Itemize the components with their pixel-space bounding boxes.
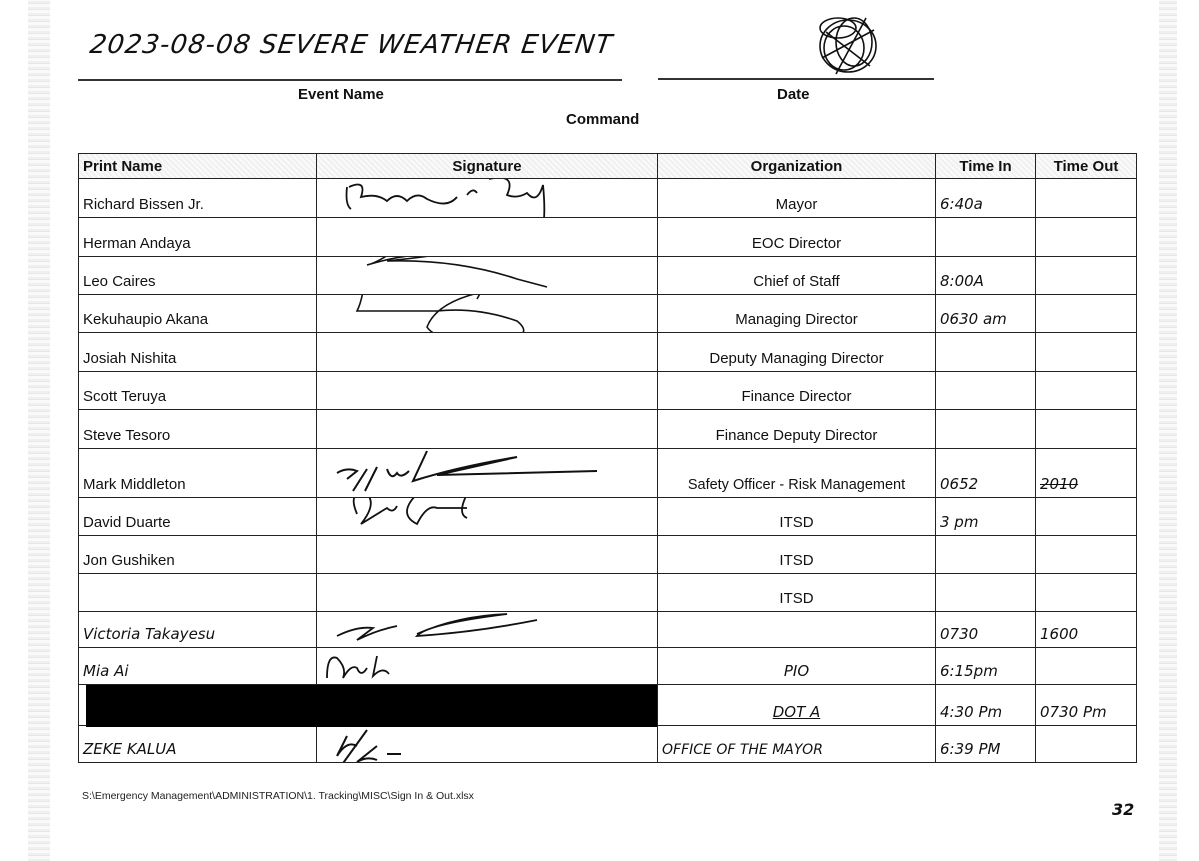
print-name-cell: ZEKE KALUA <box>79 726 317 763</box>
table-row: ITSD <box>79 574 1137 612</box>
signature-cell <box>317 295 658 333</box>
print-name-cell: Jon Gushiken <box>79 536 317 574</box>
organization-cell: Mayor <box>658 179 936 218</box>
scan-edge-right <box>1159 0 1177 861</box>
signature-cell <box>317 333 658 372</box>
time-out-cell <box>1036 410 1137 449</box>
signature-cell <box>317 179 658 218</box>
print-name-cell: Richard Bissen Jr. <box>79 179 317 218</box>
time-out-cell <box>1036 536 1137 574</box>
table-row: Scott Teruya Finance Director <box>79 372 1137 410</box>
time-out-cell <box>1036 218 1137 257</box>
column-header-print-name: Print Name <box>79 154 317 179</box>
time-in-cell: 0730 <box>936 612 1036 648</box>
time-in-cell: 4:30 Pm <box>936 685 1036 726</box>
print-name-cell: Scott Teruya <box>79 372 317 410</box>
signature-cell <box>317 218 658 257</box>
event-name-label: Event Name <box>298 86 384 103</box>
time-in-cell: 8:00A <box>936 257 1036 295</box>
column-header-time-out: Time Out <box>1036 154 1137 179</box>
signature-cell <box>317 648 658 685</box>
signature-mark <box>317 449 657 498</box>
scan-edge-left <box>28 0 50 861</box>
time-in-cell: 6:39 PM <box>936 726 1036 763</box>
signature-cell <box>317 257 658 295</box>
organization-cell: OFFICE OF THE MAYOR <box>658 726 936 763</box>
signature-cell <box>317 612 658 648</box>
time-in-cell <box>936 218 1036 257</box>
signature-mark <box>317 648 657 685</box>
time-in-cell <box>936 372 1036 410</box>
time-out-cell <box>1036 295 1137 333</box>
signature-mark <box>317 179 657 218</box>
time-in-cell <box>936 536 1036 574</box>
time-out-cell: 0730 Pm <box>1036 685 1137 726</box>
time-out-cell <box>1036 498 1137 536</box>
column-header-time-in: Time In <box>936 154 1036 179</box>
signature-mark <box>317 612 657 648</box>
column-header-signature: Signature <box>317 154 658 179</box>
time-in-cell <box>936 410 1036 449</box>
command-label: Command <box>566 111 639 128</box>
date-line <box>658 78 934 80</box>
time-out-cell <box>1036 333 1137 372</box>
organization-cell: Chief of Staff <box>658 257 936 295</box>
print-name-cell: Herman Andaya <box>79 218 317 257</box>
table-row: Victoria Takayesu 0730 1600 <box>79 612 1137 648</box>
organization-cell: PIO <box>658 648 936 685</box>
signature-cell <box>317 726 658 763</box>
signature-cell <box>317 449 658 498</box>
signature-cell <box>317 410 658 449</box>
event-name-line <box>78 79 622 81</box>
table-row: Jon Gushiken ITSD <box>79 536 1137 574</box>
table-row: Mark Middleton Safety Officer - Risk Man… <box>79 449 1137 498</box>
file-path-footer: S:\Emergency Management\ADMINISTRATION\1… <box>82 790 474 802</box>
organization-cell <box>658 612 936 648</box>
signature-cell <box>317 536 658 574</box>
organization-cell: Managing Director <box>658 295 936 333</box>
signature-mark <box>317 498 657 536</box>
signature-mark <box>317 295 657 333</box>
table-row: David Duarte ITSD 3 pm <box>79 498 1137 536</box>
time-in-cell: 6:15pm <box>936 648 1036 685</box>
organization-cell: Finance Deputy Director <box>658 410 936 449</box>
time-in-cell <box>936 333 1036 372</box>
print-name-cell: Leo Caires <box>79 257 317 295</box>
table-row: Leo Caires Chief of Staff 8:00A <box>79 257 1137 295</box>
table-row: Mia Ai PIO 6:15pm <box>79 648 1137 685</box>
table-row: Herman Andaya EOC Director <box>79 218 1137 257</box>
print-name-cell <box>79 574 317 612</box>
organization-cell: Safety Officer - Risk Management <box>658 449 936 498</box>
table-row: Josiah Nishita Deputy Managing Director <box>79 333 1137 372</box>
time-out-cell <box>1036 574 1137 612</box>
time-in-cell <box>936 574 1036 612</box>
time-out-cell <box>1036 726 1137 763</box>
print-name-cell: David Duarte <box>79 498 317 536</box>
page-number: 32 <box>1112 800 1134 819</box>
signature-cell <box>317 574 658 612</box>
signature-cell <box>317 372 658 410</box>
organization-cell: ITSD <box>658 574 936 612</box>
table-row: Kekuhaupio Akana Managing Director 0630 … <box>79 295 1137 333</box>
date-scribble-mark <box>808 8 888 78</box>
print-name-cell: Steve Tesoro <box>79 410 317 449</box>
organization-cell: Deputy Managing Director <box>658 333 936 372</box>
organization-cell: ITSD <box>658 536 936 574</box>
time-out-cell <box>1036 648 1137 685</box>
redaction-block <box>86 685 657 727</box>
signature-cell <box>317 498 658 536</box>
signature-mark <box>317 257 657 295</box>
time-out-cell <box>1036 179 1137 218</box>
time-out-cell <box>1036 257 1137 295</box>
organization-cell: EOC Director <box>658 218 936 257</box>
date-label: Date <box>777 86 810 103</box>
print-name-cell: Kekuhaupio Akana <box>79 295 317 333</box>
time-in-cell: 3 pm <box>936 498 1036 536</box>
organization-cell: ITSD <box>658 498 936 536</box>
time-out-cell: 2010 <box>1036 449 1137 498</box>
table-row: ZEKE KALUA OFFICE OF THE MAYOR 6:39 PM <box>79 726 1137 763</box>
table-row: Steve Tesoro Finance Deputy Director <box>79 410 1137 449</box>
organization-cell: Finance Director <box>658 372 936 410</box>
time-in-cell: 0652 <box>936 449 1036 498</box>
event-name-value: 2023-08-08 SEVERE WEATHER EVENT <box>88 30 615 60</box>
organization-cell: DOT A <box>658 685 936 726</box>
time-in-cell: 0630 am <box>936 295 1036 333</box>
time-in-cell: 6:40a <box>936 179 1036 218</box>
print-name-cell: Mia Ai <box>79 648 317 685</box>
time-out-cell: 1600 <box>1036 612 1137 648</box>
signature-mark <box>317 726 657 763</box>
table-header-row: Print Name Signature Organization Time I… <box>79 154 1137 179</box>
sign-in-table: Print Name Signature Organization Time I… <box>78 153 1137 763</box>
column-header-organization: Organization <box>658 154 936 179</box>
print-name-cell: Josiah Nishita <box>79 333 317 372</box>
table-row: Richard Bissen Jr. Mayor 6:40a <box>79 179 1137 218</box>
print-name-cell: Mark Middleton <box>79 449 317 498</box>
print-name-cell: Victoria Takayesu <box>79 612 317 648</box>
time-out-cell <box>1036 372 1137 410</box>
